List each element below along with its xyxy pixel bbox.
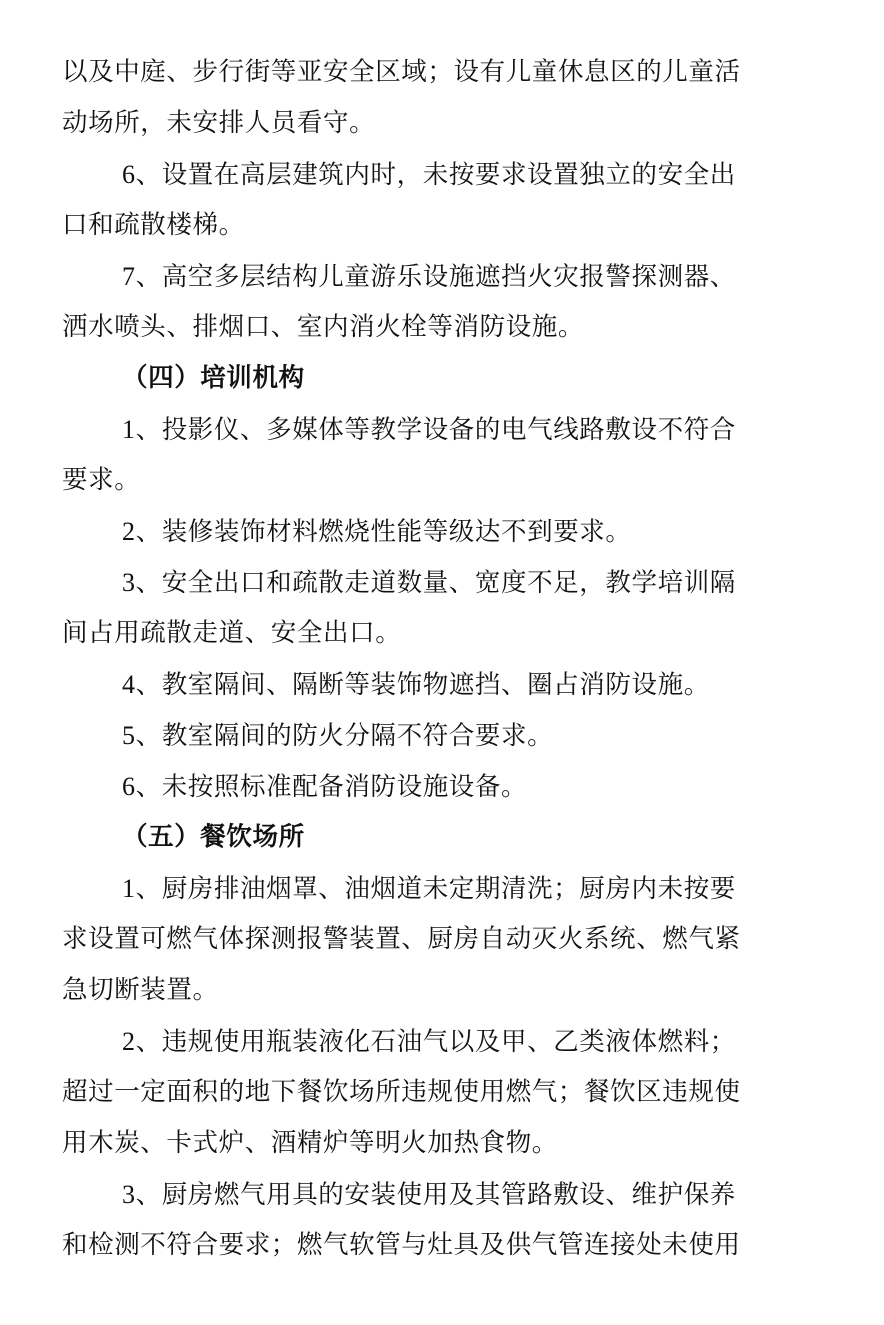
- item-number: 3: [122, 1180, 136, 1209]
- line-text: 以及中庭、步行街等亚安全区域；设有儿童休息区的儿童活: [62, 57, 741, 87]
- paragraph-line: 急切断装置。: [62, 965, 822, 1016]
- list-item-line: 7、高空多层结构儿童游乐设施遮挡火灾报警探测器、: [62, 251, 822, 302]
- list-item-line: 5、教室隔间的防火分隔不符合要求。: [62, 710, 822, 761]
- line-text: 、厨房燃气用具的安装使用及其管路敷设、维护保养: [136, 1180, 736, 1210]
- list-item-line: 4、教室隔间、隔断等装饰物遮挡、圈占消防设施。: [62, 659, 822, 710]
- line-text: 超过一定面积的地下餐饮场所违规使用燃气；餐饮区违规使: [62, 1077, 741, 1107]
- line-text: 、装修装饰材料燃烧性能等级达不到要求。: [136, 517, 632, 547]
- line-text: 急切断装置。: [62, 975, 219, 1005]
- item-number: 6: [122, 772, 136, 801]
- paragraph-line: 要求。: [62, 455, 822, 506]
- paragraph-line: 口和疏散楼梯。: [62, 200, 822, 251]
- line-text: 、教室隔间、隔断等装饰物遮挡、圈占消防设施。: [136, 670, 710, 700]
- list-item-line: 3、厨房燃气用具的安装使用及其管路敷设、维护保养: [62, 1169, 822, 1220]
- line-text: 、投影仪、多媒体等教学设备的电气线路敷设不符合: [136, 415, 736, 445]
- item-number: 4: [122, 670, 136, 699]
- item-number: 2: [122, 517, 136, 546]
- paragraph-line: 求设置可燃气体探测报警装置、厨房自动灭火系统、燃气紧: [62, 914, 822, 965]
- document-page: 以及中庭、步行街等亚安全区域；设有儿童休息区的儿童活 动场所，未安排人员看守。 …: [62, 47, 822, 1271]
- list-item-line: 1、投影仪、多媒体等教学设备的电气线路敷设不符合: [62, 404, 822, 455]
- line-text: 用木炭、卡式炉、酒精炉等明火加热食物。: [62, 1128, 558, 1158]
- item-number: 1: [122, 874, 136, 903]
- line-text: 、安全出口和疏散走道数量、宽度不足，教学培训隔: [136, 568, 736, 598]
- line-text: 间占用疏散走道、安全出口。: [62, 618, 401, 648]
- line-text: 动场所，未安排人员看守。: [62, 108, 375, 138]
- paragraph-line: 用木炭、卡式炉、酒精炉等明火加热食物。: [62, 1118, 822, 1169]
- line-text: 洒水喷头、排烟口、室内消火栓等消防设施。: [62, 312, 584, 342]
- list-item-line: 1、厨房排油烟罩、油烟道未定期清洗；厨房内未按要: [62, 863, 822, 914]
- line-text: 求设置可燃气体探测报警装置、厨房自动灭火系统、燃气紧: [62, 924, 741, 954]
- heading-text: （五）餐饮场所: [122, 822, 305, 852]
- list-item-line: 2、装修装饰材料燃烧性能等级达不到要求。: [62, 506, 822, 557]
- item-number: 1: [122, 415, 136, 444]
- item-number: 5: [122, 721, 136, 750]
- item-number: 6: [122, 160, 136, 189]
- line-text: 、教室隔间的防火分隔不符合要求。: [136, 721, 554, 751]
- list-item-line: 3、安全出口和疏散走道数量、宽度不足，教学培训隔: [62, 557, 822, 608]
- item-number: 7: [122, 262, 136, 291]
- list-item-line: 2、违规使用瓶装液化石油气以及甲、乙类液体燃料；: [62, 1016, 822, 1067]
- line-text: 、高空多层结构儿童游乐设施遮挡火灾报警探测器、: [136, 262, 736, 292]
- line-text: 、厨房排油烟罩、油烟道未定期清洗；厨房内未按要: [136, 874, 736, 904]
- section-heading-catering: （五）餐饮场所: [62, 812, 822, 863]
- list-item-line: 6、设置在高层建筑内时，未按要求设置独立的安全出: [62, 149, 822, 200]
- line-text: 要求。: [62, 465, 140, 495]
- paragraph-line: 洒水喷头、排烟口、室内消火栓等消防设施。: [62, 302, 822, 353]
- item-number: 3: [122, 568, 136, 597]
- paragraph-line: 和检测不符合要求；燃气软管与灶具及供气管连接处未使用: [62, 1220, 822, 1271]
- list-item-line: 6、未按照标准配备消防设施设备。: [62, 761, 822, 812]
- paragraph-line: 间占用疏散走道、安全出口。: [62, 608, 822, 659]
- line-text: 和检测不符合要求；燃气软管与灶具及供气管连接处未使用: [62, 1230, 741, 1260]
- line-text: 、违规使用瓶装液化石油气以及甲、乙类液体燃料；: [136, 1027, 736, 1057]
- paragraph-line: 动场所，未安排人员看守。: [62, 98, 822, 149]
- heading-text: （四）培训机构: [122, 363, 305, 393]
- item-number: 2: [122, 1027, 136, 1056]
- line-text: 、未按照标准配备消防设施设备。: [136, 772, 528, 802]
- paragraph-line: 超过一定面积的地下餐饮场所违规使用燃气；餐饮区违规使: [62, 1067, 822, 1118]
- line-text: 口和疏散楼梯。: [62, 210, 245, 240]
- line-text: 、设置在高层建筑内时，未按要求设置独立的安全出: [136, 160, 736, 190]
- paragraph-line: 以及中庭、步行街等亚安全区域；设有儿童休息区的儿童活: [62, 47, 822, 98]
- section-heading-training: （四）培训机构: [62, 353, 822, 404]
